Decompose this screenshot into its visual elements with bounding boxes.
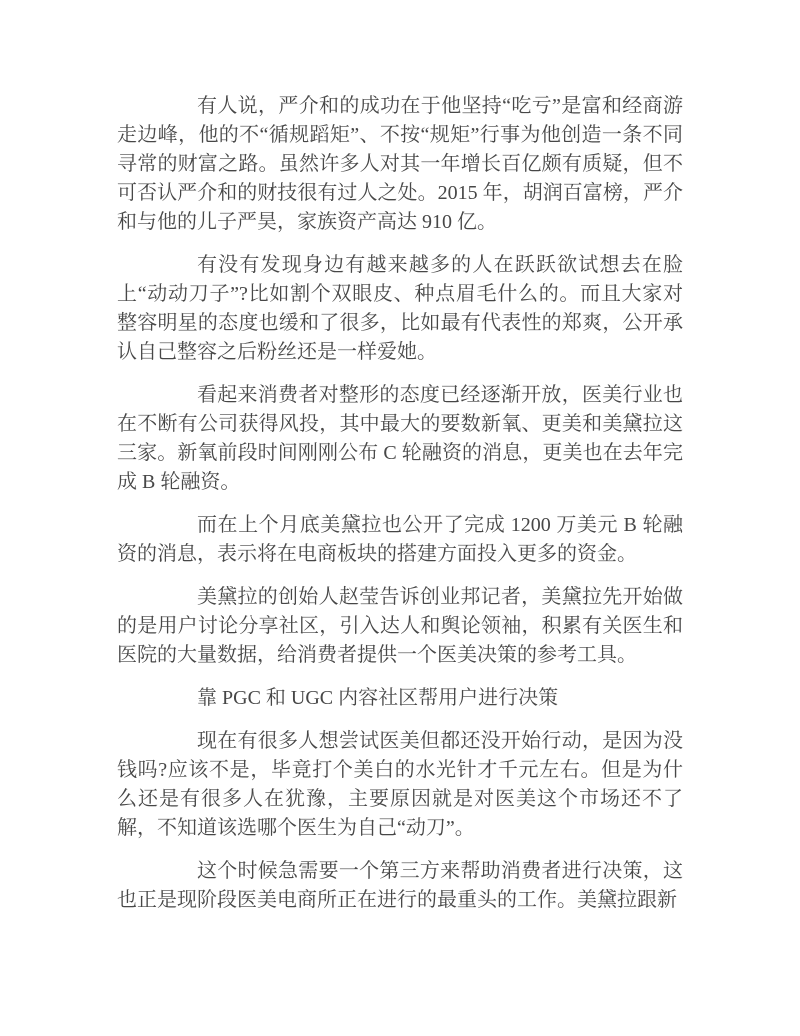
paragraph-founder-zhaoying: 美黛拉的创始人赵莹告诉创业邦记者，美黛拉先开始做的是用户讨论分享社区，引入达人和… [117, 583, 683, 670]
paragraph-user-hesitation: 现在有很多人想尝试医美但都还没开始行动，是因为没钱吗?应该不是，毕竟打个美白的水… [117, 727, 683, 843]
document-page: 有人说，严介和的成功在于他坚持“吃亏”是富和经商游走边峰，他的不“循规蹈矩”、不… [0, 0, 800, 1036]
section-heading-pgc-ugc: 靠 PGC 和 UGC 内容社区帮用户进行决策 [117, 684, 683, 713]
paragraph-meidaila-series-b: 而在上个月底美黛拉也公开了完成 1200 万美元 B 轮融资的消息，表示将在电商… [117, 511, 683, 569]
paragraph-third-party-decision: 这个时候急需要一个第三方来帮助消费者进行决策，这也正是现阶段医美电商所正在进行的… [117, 857, 683, 915]
paragraph-medical-beauty-funding: 看起来消费者对整形的态度已经逐渐开放，医美行业也在不断有公司获得风投，其中最大的… [117, 381, 683, 497]
paragraph-yan-jiehe-success: 有人说，严介和的成功在于他坚持“吃亏”是富和经商游走边峰，他的不“循规蹈矩”、不… [117, 92, 683, 237]
paragraph-plastic-surgery-trend: 有没有发现身边有越来越多的人在跃跃欲试想去在脸上“动动刀子”?比如割个双眼皮、种… [117, 251, 683, 367]
